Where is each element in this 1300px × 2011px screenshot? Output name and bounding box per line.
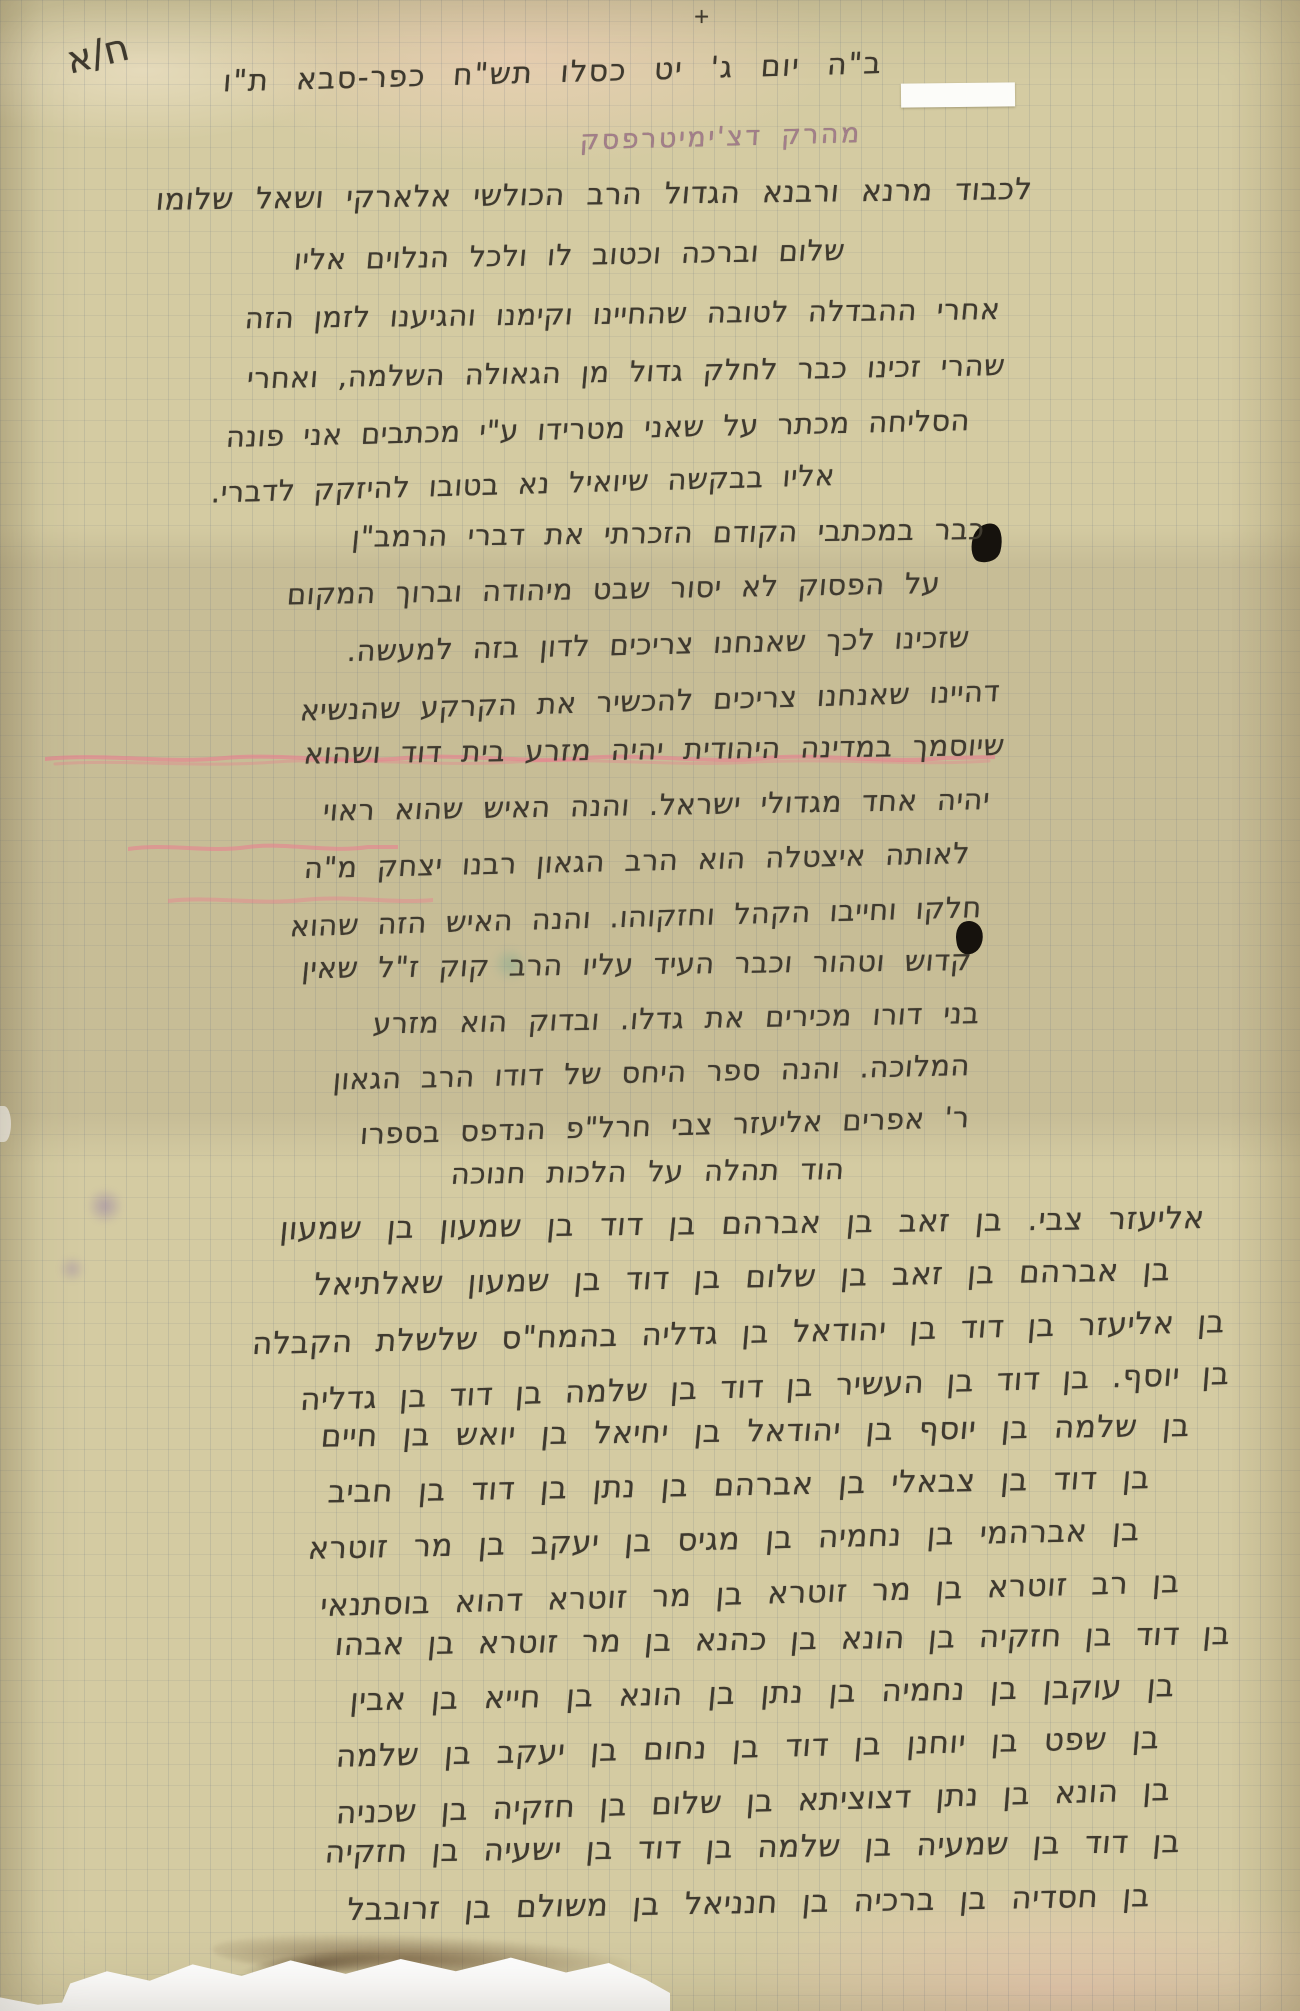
- date-header: ב"ה יום ג' יט כסלו תש"ח כפר-סבא ת"ו: [222, 46, 884, 100]
- handwritten-line: בן דוד בן חזקיה בן הונא בן כהנא בן מר זו…: [333, 1616, 1232, 1663]
- handwritten-line: כבר במכתבי הקודם הזכרתי את דברי הרמב"ן: [351, 512, 987, 554]
- handwritten-line: בן חסדיה בן ברכיה בן חנניאל בן משולם בן …: [345, 1878, 1151, 1928]
- handwritten-line: הוד תהלה על הלכות חנוכה: [450, 1152, 847, 1191]
- handwritten-line: בן הונא בן נתן דצוציתא בן שלום בן חזקיה …: [335, 1772, 1172, 1831]
- handwritten-line: שזכינו לכך שאנחנו צריכים לדון בזה למעשה.: [346, 620, 971, 668]
- handwritten-line: שהרי זכינו כבר לחלק גדול מן הגאולה השלמה…: [245, 348, 1006, 395]
- handwritten-line: אליעזר צבי. בן זאב בן אברהם בן דוד בן שמ…: [279, 1200, 1207, 1247]
- handwritten-line: יהיה אחד מגדולי ישראל. והנה האיש שהוא רא…: [322, 782, 992, 828]
- white-paper-sticker: [901, 82, 1015, 107]
- handwritten-line: המלוכה. והנה ספר היחס של דודו הרב הגאון: [332, 1048, 972, 1097]
- handwritten-line: בן אברהמי בן נחמיה בן מגיס בן יעקב בן מר…: [307, 1512, 1142, 1567]
- handwritten-line: אחרי ההבדלה לטובה שהחיינו וקימנו והגיענו…: [243, 292, 1001, 335]
- handwritten-line: בן עוקבן בן נחמיה בן נתן בן הונא בן חייא…: [349, 1668, 1177, 1718]
- handwritten-line: דהיינו שאנחנו צריכים להכשיר את הקרקע שהנ…: [299, 674, 1001, 728]
- handwritten-line: על הפסוק לא יסור שבט מיהודה וברוך המקום: [285, 566, 941, 611]
- handwritten-line: בן אברהם בן זאב בן שלום בן דוד בן שמעון …: [312, 1252, 1171, 1303]
- plus-mark: +: [693, 4, 710, 28]
- scanned-letter: ח/א + ב"ה יום ג' יט כסלו תש"ח כפר-סבא ת"…: [0, 0, 1300, 2011]
- handwritten-line: בן שפט בן יוחנן בן דוד בן נחום בן יעקב ב…: [335, 1720, 1161, 1775]
- corner-page-mark: ח/א: [62, 25, 134, 83]
- torn-edge-notch: [0, 1106, 11, 1142]
- handwritten-line: ר' אפרים אליעזר צבי חרל"פ הנדפס בספרו: [359, 1100, 971, 1151]
- handwritten-line: בן אליעזר בן דוד בן יהודאל בן גדליה בהמח…: [251, 1304, 1227, 1362]
- handwritten-line: בן דוד בן צבאלי בן אברהם בן נתן בן דוד ב…: [327, 1460, 1152, 1510]
- red-pencil-annotation: מהרק דצ'ימיטרפסק: [579, 118, 863, 156]
- handwritten-line: אליו בבקשה שיואיל נא בטובו להיזקק לדברי.: [210, 458, 836, 510]
- handwritten-line: שלום וברכה וכטוב לו ולכל הנלוים אליו: [293, 233, 847, 277]
- purple-smudge: [86, 1188, 124, 1224]
- handwritten-line: לאותה איצטלה הוא הרב הגאון רבנו יצחק מ"ה: [303, 836, 971, 885]
- handwritten-line: קדוש וטהור וכבר העיד עליו הרב קוק ז"ל שא…: [301, 943, 974, 985]
- letter-page: ח/א + ב"ה יום ג' יט כסלו תש"ח כפר-סבא ת"…: [0, 0, 1300, 2011]
- handwritten-line: בן שלמה בן יוסף בן יהודאל בן יחיאל בן יו…: [319, 1408, 1191, 1455]
- handwritten-line: הסליחה מכתר על שאני מטרידו ע"י מכתבים אנ…: [225, 403, 972, 454]
- handwritten-line: בן רב זוטרא בן מר זוטרא בן מר זוטרא דהוא…: [319, 1564, 1181, 1624]
- handwritten-line: חלקו וחייבו הקהל וחזקוהו. והנה האיש הזה …: [289, 890, 983, 943]
- purple-smudge: [58, 1256, 86, 1282]
- handwritten-line: בן דוד בן שמעיה בן שלמה בן דוד בן ישעיה …: [323, 1824, 1182, 1870]
- handwritten-line: לכבוד מרנא ורבנא הגדול הרב הכולשי אלארקי…: [154, 172, 1033, 218]
- handwritten-line: שיוסמך במדינה היהודית יהיה מזרע בית דוד …: [303, 728, 1007, 771]
- handwritten-line: בני דורו מכירים את גדלו. ובדוק הוא מזרע: [372, 996, 982, 1041]
